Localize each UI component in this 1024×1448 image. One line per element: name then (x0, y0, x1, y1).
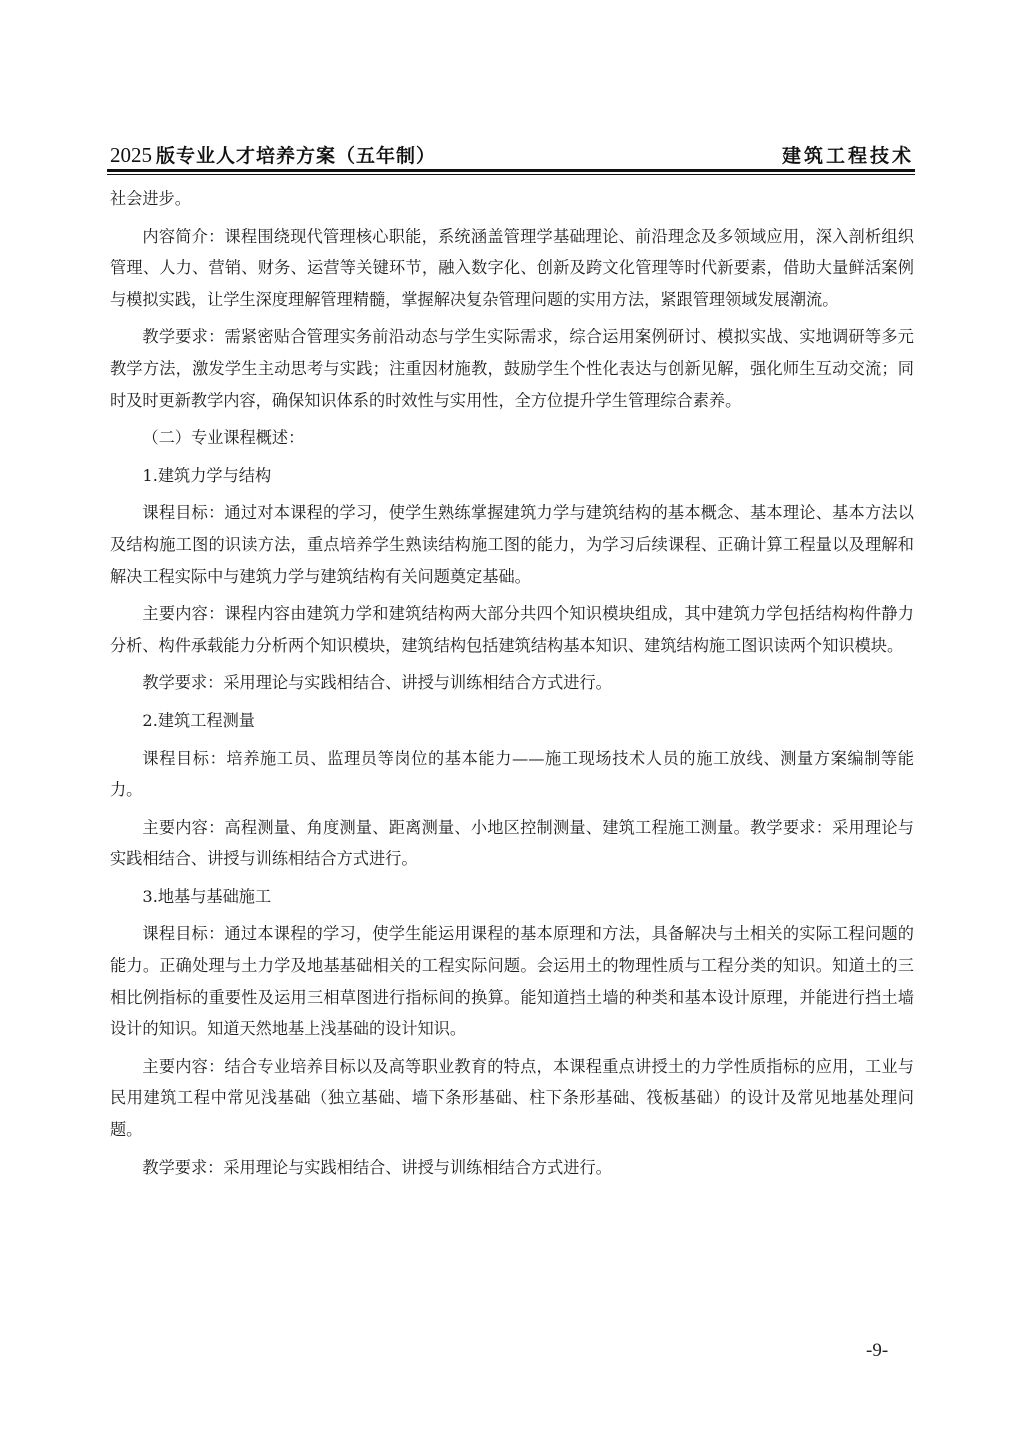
body-content: 社会进步。 内容简介：课程围绕现代管理核心职能，系统涵盖管理学基础理论、前沿理念… (110, 183, 914, 1189)
paragraph-course-goal: 课程目标：通过本课程的学习，使学生能运用课程的基本原理和方法，具备解决与土相关的… (110, 918, 914, 1044)
paragraph-main-content: 主要内容：结合专业培养目标以及高等职业教育的特点，本课程重点讲授土的力学性质指标… (110, 1051, 914, 1146)
paragraph-course-goal: 课程目标：通过对本课程的学习，使学生熟练掌握建筑力学与建筑结构的基本概念、基本理… (110, 497, 914, 592)
document-page: 2025版专业人才培养方案（五年制） 建筑工程技术 社会进步。 内容简介：课程围… (0, 0, 1024, 1448)
header-rule-thin (107, 174, 915, 175)
header-year: 2025 (110, 143, 152, 167)
paragraph-teaching-requirement: 教学要求：采用理论与实践相结合、讲授与训练相结合方式进行。 (110, 1152, 914, 1184)
paragraph-main-content: 主要内容：课程内容由建筑力学和建筑结构两大部分共四个知识模块组成，其中建筑力学包… (110, 598, 914, 661)
header-title-text: 版专业人才培养方案（五年制） (156, 145, 436, 167)
paragraph-main-content: 主要内容：高程测量、角度测量、距离测量、小地区控制测量、建筑工程施工测量。教学要… (110, 812, 914, 875)
paragraph-teaching-requirement: 教学要求：需紧密贴合管理实务前沿动态与学生实际需求，综合运用案例研讨、模拟实战、… (110, 321, 914, 416)
paragraph-course-intro: 内容简介：课程围绕现代管理核心职能，系统涵盖管理学基础理论、前沿理念及多领域应用… (110, 221, 914, 316)
course-heading-1: 1.建筑力学与结构 (110, 460, 914, 492)
header-document-title: 2025版专业人才培养方案（五年制） (110, 141, 436, 168)
header-major-name: 建筑工程技术 (782, 141, 914, 168)
paragraph-continuation: 社会进步。 (110, 183, 914, 215)
running-header: 2025版专业人才培养方案（五年制） 建筑工程技术 (110, 140, 914, 168)
section-heading-professional-courses: （二）专业课程概述： (110, 422, 914, 454)
header-rule-thick (107, 169, 915, 172)
page-number: -9- (866, 1340, 888, 1362)
paragraph-course-goal: 课程目标：培养施工员、监理员等岗位的基本能力——施工现场技术人员的施工放线、测量… (110, 743, 914, 806)
course-heading-2: 2.建筑工程测量 (110, 705, 914, 737)
course-heading-3: 3.地基与基础施工 (110, 881, 914, 913)
paragraph-teaching-requirement: 教学要求：采用理论与实践相结合、讲授与训练相结合方式进行。 (110, 667, 914, 699)
